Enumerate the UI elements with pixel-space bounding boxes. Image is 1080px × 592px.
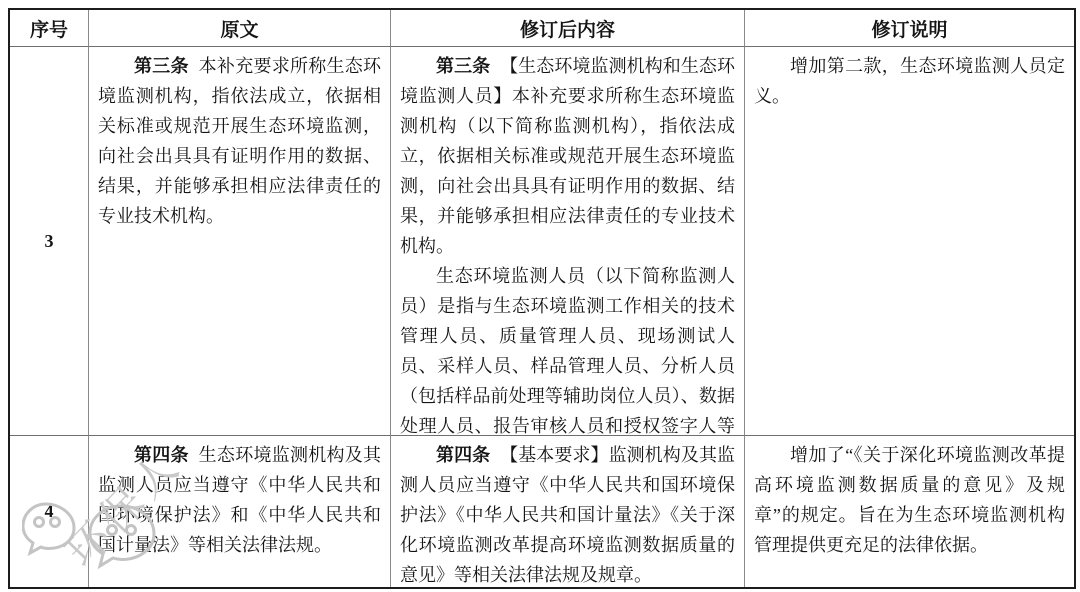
row3-original-paragraph: 第三条本补充要求所称生态环境监测机构，指依法成立，依据相关标准或规范开展生态环境… [98,51,381,231]
row3-revised-text-2: 生态环境监测人员（以下简称监测人员）是指与生态环境监测工作相关的技术管理人员、质… [400,266,735,435]
row3-revised-paragraph-1: 第三条【生态环境监测机构和生态环境监测人员】本补充要求所称生态环境监测机构（以下… [400,51,735,261]
row3-revised-paragraph-2: 生态环境监测人员（以下简称监测人员）是指与生态环境监测工作相关的技术管理人员、质… [400,261,735,435]
row3-note-text: 增加第二款，生态环境监测人员定义。 [754,56,1065,106]
row3-serial-number: 3 [10,46,88,435]
col-header-note: 修订说明 [744,10,1074,46]
col-header-note-label: 修订说明 [871,15,947,42]
row4-serial-value: 4 [45,501,54,522]
row4-revised-text: 监测机构及其监测人员应当遵守《中华人民共和国环境保护法》《中华人民共和国计量法》… [400,445,735,585]
row4-revised-bracket-title: 【基本要求】 [500,445,608,465]
row4-note-paragraph: 增加了“《关于深化环境监测改革提高环境监测数据质量的意见》及规章”的规定。旨在为… [754,440,1065,560]
row3-note-paragraph: 增加第二款，生态环境监测人员定义。 [754,51,1065,111]
row3-original-text: 本补充要求所称生态环境监测机构，指依法成立，依据相关标准或规范开展生态环境监测，… [98,56,381,226]
row3-original-cell: 第三条本补充要求所称生态环境监测机构，指依法成立，依据相关标准或规范开展生态环境… [88,46,390,435]
row4-note-text: 增加了“《关于深化环境监测改革提高环境监测数据质量的意见》及规章”的规定。旨在为… [754,445,1065,555]
row4-original-paragraph: 第四条生态环境监测机构及其监测人员应当遵守《中华人民共和国环境保护法》和《中华人… [98,440,381,560]
row4-serial-number: 4 [10,435,88,587]
revision-comparison-table: 序号 原文 修订后内容 修订说明 3 第三条本补充要求所称生态环境监测机构，指依… [8,8,1076,589]
row3-serial-value: 3 [45,231,54,252]
col-header-no-label: 序号 [30,15,68,42]
row3-note-cell: 增加第二款，生态环境监测人员定义。 [744,46,1074,435]
col-header-original: 原文 [88,10,390,46]
row3-revised-text: 本补充要求所称生态环境监测机构（以下简称监测机构），指依法成立，依据相关标准或规… [400,86,735,256]
row4-revised-article-label: 第四条 [436,445,490,465]
row3-original-article-label: 第三条 [134,56,189,76]
col-header-no: 序号 [10,10,88,46]
row3-revised-article-label: 第三条 [436,56,490,76]
row4-revised-cell: 第四条【基本要求】监测机构及其监测人员应当遵守《中华人民共和国环境保护法》《中华… [390,435,744,587]
col-header-revised-label: 修订后内容 [520,15,615,42]
row4-original-cell: 第四条生态环境监测机构及其监测人员应当遵守《中华人民共和国环境保护法》和《中华人… [88,435,390,587]
row4-original-article-label: 第四条 [134,445,189,465]
document-page: 序号 原文 修订后内容 修订说明 3 第三条本补充要求所称生态环境监测机构，指依… [0,0,1080,592]
col-header-original-label: 原文 [220,15,258,42]
col-header-revised: 修订后内容 [390,10,744,46]
row4-note-cell: 增加了“《关于深化环境监测改革提高环境监测数据质量的意见》及规章”的规定。旨在为… [744,435,1074,587]
row3-revised-cell: 第三条【生态环境监测机构和生态环境监测人员】本补充要求所称生态环境监测机构（以下… [390,46,744,435]
row4-revised-paragraph: 第四条【基本要求】监测机构及其监测人员应当遵守《中华人民共和国环境保护法》《中华… [400,440,735,587]
